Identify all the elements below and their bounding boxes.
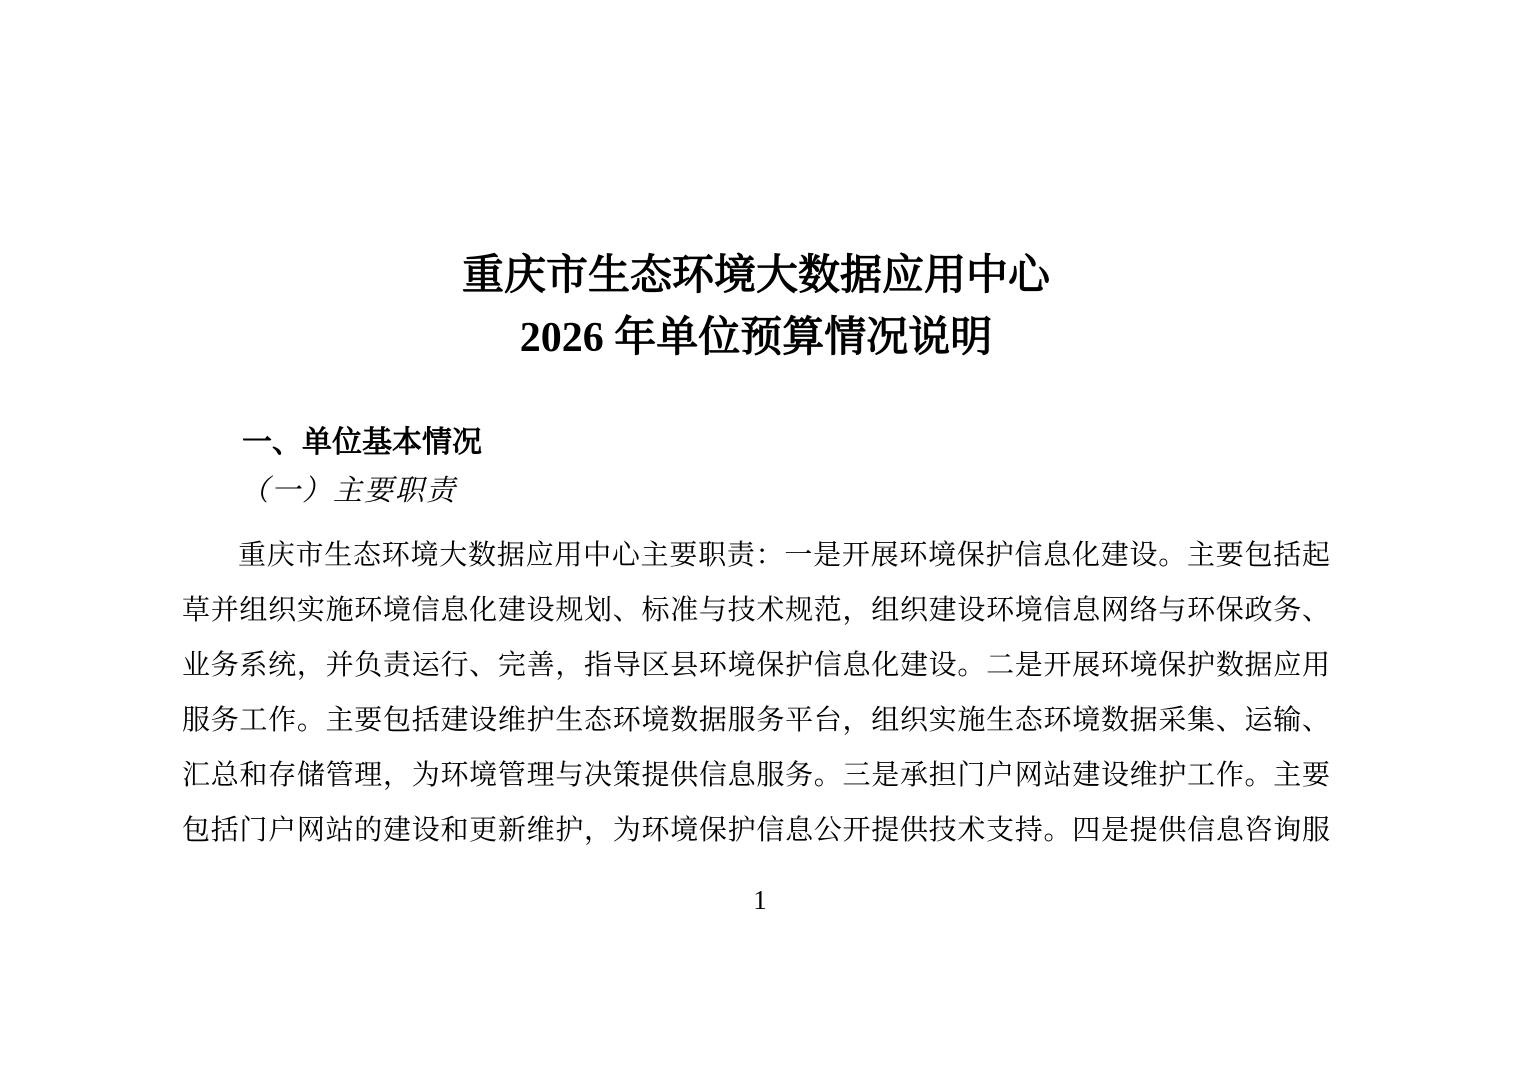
body-paragraph: 重庆市生态环境大数据应用中心主要职责：一是开展环境保护信息化建设。主要包括起 草… [182,528,1330,858]
body-line: 汇总和存储管理，为环境管理与决策提供信息服务。三是承担门户网站建设维护工作。主要 [182,748,1330,803]
body-line: 包括门户网站的建设和更新维护，为环境保护信息公开提供技术支持。四是提供信息咨询服 [182,803,1330,858]
page-number: 1 [0,883,1520,917]
body-line: 重庆市生态环境大数据应用中心主要职责：一是开展环境保护信息化建设。主要包括起 [182,528,1330,583]
section-heading-unit-basic-info: 一、单位基本情况 [182,421,1330,465]
document-title: 重庆市生态环境大数据应用中心 2026 年单位预算情况说明 [182,0,1330,369]
document-title-line1: 重庆市生态环境大数据应用中心 [462,253,1050,299]
document-text-block: 重庆市生态环境大数据应用中心 2026 年单位预算情况说明 一、单位基本情况 （… [182,0,1330,858]
body-line: 草并组织实施环境信息化建设规划、标准与技术规范，组织建设环境信息网络与环保政务、 [182,583,1330,638]
document-page: 重庆市生态环境大数据应用中心 2026 年单位预算情况说明 一、单位基本情况 （… [0,0,1520,1074]
body-line: 服务工作。主要包括建设维护生态环境数据服务平台，组织实施生态环境数据采集、运输、 [182,693,1330,748]
subsection-heading-main-duties: （一）主要职责 [182,469,1330,513]
document-title-line2: 2026 年单位预算情况说明 [520,315,993,361]
body-line: 业务系统，并负责运行、完善，指导区县环境保护信息化建设。二是开展环境保护数据应用 [182,638,1330,693]
